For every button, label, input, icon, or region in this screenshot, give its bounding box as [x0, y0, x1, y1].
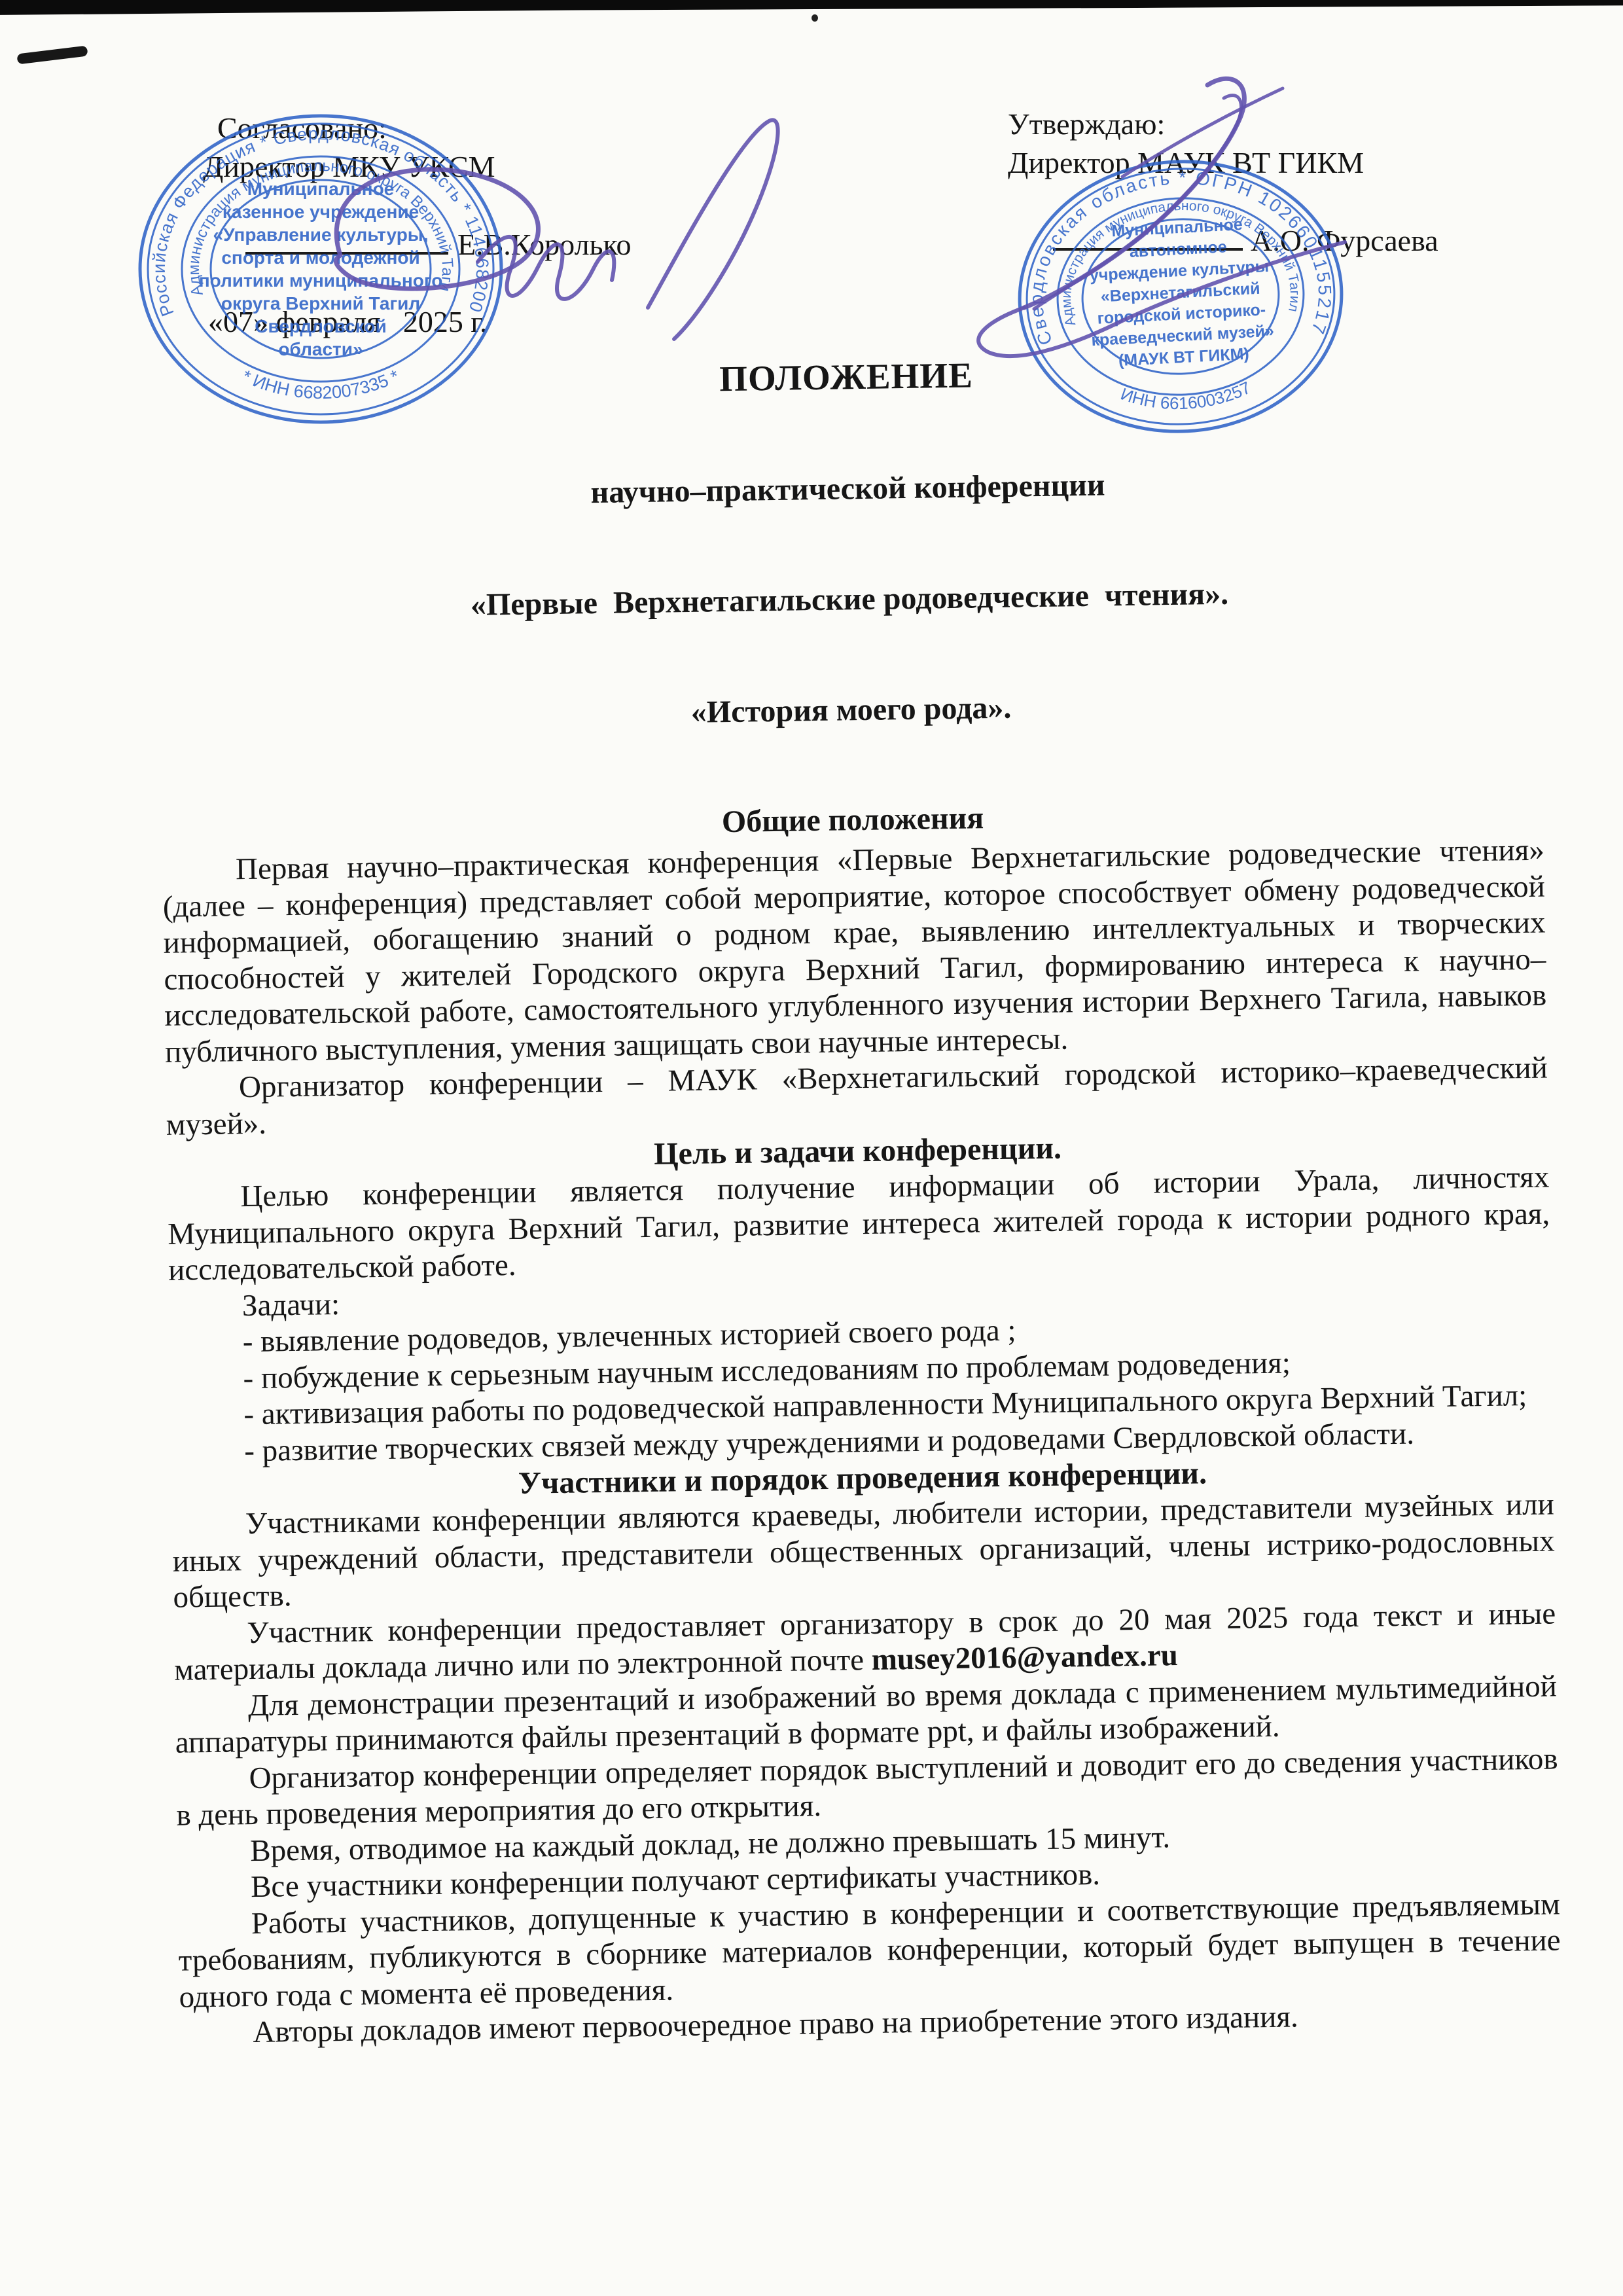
pen-mark-artifact [16, 45, 88, 64]
email-address: musey2016@yandex.ru [871, 1638, 1178, 1677]
paragraph-participants-1: Участниками конференции являются краевед… [171, 1486, 1555, 1616]
handwritten-signature-right [926, 59, 1397, 386]
paragraph-general-1: Первая научно–практическая конференция «… [162, 833, 1548, 1071]
handwritten-signature-left [281, 98, 792, 380]
title-line-2: научно–практической конференции [156, 460, 1539, 518]
scanned-document-page: Согласовано: Директор МКУ УКСМ Е.В.Корол… [0, 0, 1623, 2296]
document-body: ПОЛОЖЕНИЕ научно–практической конференци… [154, 274, 1562, 2053]
title-line-3: «Первые Верхнетагильские родоведческие ч… [158, 571, 1541, 629]
paragraph-publication: Работы участников, допущенные к участию … [178, 1886, 1561, 2016]
paragraph-goals-1: Целью конференции является получение инф… [167, 1160, 1550, 1289]
title-line-4: «История моего рода». [160, 681, 1543, 740]
ink-dot-artifact [811, 14, 818, 22]
scan-edge-artifact [0, 0, 1623, 17]
